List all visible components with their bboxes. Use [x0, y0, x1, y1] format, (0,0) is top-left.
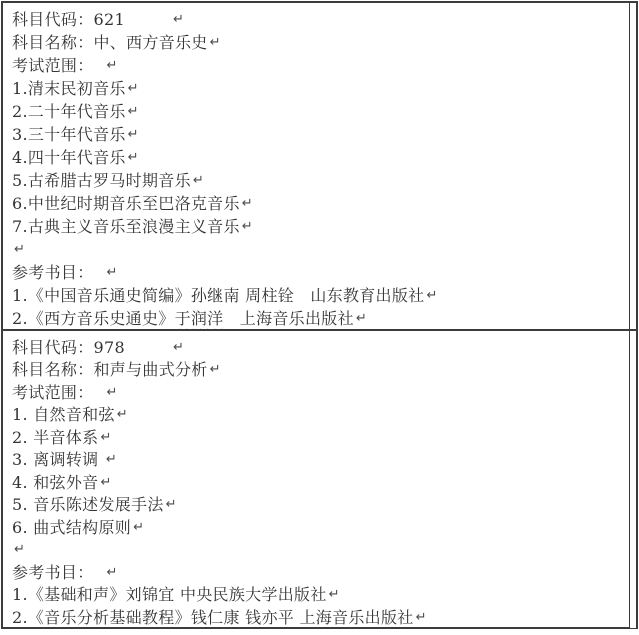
line-text: 1. 自然音和弦 — [12, 402, 115, 425]
line-text: 1.《基础和声》刘锦宜 中央民族大学出版社 — [12, 582, 327, 605]
line-text: 5.古希腊古罗马时期音乐 — [12, 168, 191, 191]
document-page: 科目代码：621↵科目名称：中、西方音乐史↵考试范围：↵1.清末民初音乐↵2.二… — [0, 0, 639, 635]
line-text: 3. 离调转调 — [12, 447, 104, 470]
text-line: 3.三十年代音乐↵ — [12, 122, 629, 145]
line-text: 科目代码：621 — [12, 7, 125, 30]
line-text: 2.《音乐分析基础教程》 — [12, 605, 191, 628]
text-line: 5. 音乐陈述发展手法↵ — [12, 493, 629, 516]
line-break-mark-icon: ↵ — [242, 219, 253, 234]
line-text: 钱亦平 上海音乐出版社 — [240, 605, 414, 628]
text-line: 考试范围：↵ — [12, 380, 629, 403]
line-text: 4.四十年代音乐 — [12, 145, 126, 168]
text-line: 参考书目：↵ — [12, 260, 629, 283]
table-row-subject-621: 科目代码：621↵科目名称：中、西方音乐史↵考试范围：↵1.清末民初音乐↵2.二… — [3, 3, 636, 331]
text-line: 科目代码：621↵ — [12, 7, 629, 30]
spellcheck-flagged-text: 钱仁康 — [191, 605, 240, 628]
text-line: 4.四十年代音乐↵ — [12, 145, 629, 168]
line-text: 2. 半音体系 — [12, 425, 98, 448]
table-edge-column — [630, 331, 636, 628]
line-break-mark-icon: ↵ — [329, 587, 340, 602]
line-text: 考试范围： — [12, 380, 94, 403]
text-line: 5.古希腊古罗马时期音乐↵ — [12, 168, 629, 191]
text-line: 1. 自然音和弦↵ — [12, 403, 629, 426]
line-break-mark-icon: ↵ — [14, 242, 25, 257]
line-text: 参考书目： — [12, 560, 94, 583]
line-break-mark-icon: ↵ — [107, 385, 118, 400]
text-line: 4. 和弦外音↵ — [12, 470, 629, 493]
table-edge-column — [630, 3, 636, 329]
line-text: 1.清末民初音乐 — [12, 76, 126, 99]
table-row-subject-978: 科目代码：978↵科目名称：和声与曲式分析↵考试范围：↵1. 自然音和弦↵2. … — [3, 331, 636, 628]
text-line: 2.《西方音乐史通史》于润洋 上海音乐出版社↵ — [12, 306, 629, 329]
line-text: 考试范围： — [12, 53, 94, 76]
line-break-mark-icon: ↵ — [426, 288, 437, 303]
text-line: ↵ — [12, 538, 629, 561]
line-break-mark-icon: ↵ — [100, 475, 111, 490]
text-line: 科目名称：中、西方音乐史↵ — [12, 30, 629, 53]
line-break-mark-icon: ↵ — [100, 430, 111, 445]
subject-cell-621: 科目代码：621↵科目名称：中、西方音乐史↵考试范围：↵1.清末民初音乐↵2.二… — [3, 3, 630, 329]
line-text: 参考书目： — [12, 260, 94, 283]
line-break-mark-icon: ↵ — [193, 173, 204, 188]
line-text: 3.三十年代音乐 — [12, 122, 126, 145]
line-text: 2.二十年代音乐 — [12, 99, 126, 122]
line-break-mark-icon: ↵ — [106, 452, 117, 467]
line-break-mark-icon: ↵ — [107, 565, 118, 580]
subject-table: 科目代码：621↵科目名称：中、西方音乐史↵考试范围：↵1.清末民初音乐↵2.二… — [1, 1, 638, 629]
line-text: 科目名称：和声与曲式分析 — [12, 357, 208, 380]
text-line: 2.二十年代音乐↵ — [12, 99, 629, 122]
line-text: 6.中世纪时期音乐至巴洛克音乐 — [12, 191, 240, 214]
line-text: 2.《西方音乐史通史》 — [12, 306, 175, 329]
text-line: 科目名称：和声与曲式分析↵ — [12, 358, 629, 381]
line-text: 上海音乐出版社 — [223, 306, 353, 329]
text-line: 1.《基础和声》刘锦宜 中央民族大学出版社↵ — [12, 583, 629, 606]
line-break-mark-icon: ↵ — [128, 81, 139, 96]
text-line: 参考书目：↵ — [12, 560, 629, 583]
text-line: 2. 半音体系↵ — [12, 425, 629, 448]
line-text: 1.《中国音乐通史简编》孙继南 周柱铨 山东教育出版社 — [12, 283, 424, 306]
text-line: 1.《中国音乐通史简编》孙继南 周柱铨 山东教育出版社↵ — [12, 283, 629, 306]
line-break-mark-icon: ↵ — [107, 265, 118, 280]
line-text: 7.古典主义音乐至浪漫主义音乐 — [12, 214, 240, 237]
line-break-mark-icon: ↵ — [210, 362, 221, 377]
text-line: 考试范围：↵ — [12, 53, 629, 76]
line-break-mark-icon: ↵ — [242, 196, 253, 211]
line-text: 5. 音乐陈述发展手法 — [12, 492, 164, 515]
spellcheck-flagged-text: 于润洋 — [175, 306, 224, 329]
text-line: ↵ — [12, 237, 629, 260]
line-break-mark-icon: ↵ — [173, 12, 184, 27]
line-break-mark-icon: ↵ — [14, 542, 25, 557]
line-break-mark-icon: ↵ — [210, 35, 221, 50]
text-line: 1.清末民初音乐↵ — [12, 76, 629, 99]
line-break-mark-icon: ↵ — [416, 610, 427, 625]
line-break-mark-icon: ↵ — [128, 150, 139, 165]
line-text: 科目代码：978 — [12, 335, 125, 358]
text-line: 3. 离调转调 ↵ — [12, 448, 629, 471]
text-line: 2.《音乐分析基础教程》钱仁康 钱亦平 上海音乐出版社↵ — [12, 605, 629, 628]
line-text: 科目名称：中、西方音乐史 — [12, 30, 208, 53]
text-line: 6.中世纪时期音乐至巴洛克音乐↵ — [12, 191, 629, 214]
line-break-mark-icon: ↵ — [173, 340, 184, 355]
line-break-mark-icon: ↵ — [128, 104, 139, 119]
text-line: 6. 曲式结构原则↵ — [12, 515, 629, 538]
line-break-mark-icon: ↵ — [133, 520, 144, 535]
subject-cell-978: 科目代码：978↵科目名称：和声与曲式分析↵考试范围：↵1. 自然音和弦↵2. … — [3, 331, 630, 628]
text-line: 7.古典主义音乐至浪漫主义音乐↵ — [12, 214, 629, 237]
line-text: 4. 和弦外音 — [12, 470, 98, 493]
line-break-mark-icon: ↵ — [107, 58, 118, 73]
text-line: 科目代码：978↵ — [12, 335, 629, 358]
line-text: 6. 曲式结构原则 — [12, 515, 131, 538]
line-break-mark-icon: ↵ — [356, 311, 367, 326]
line-break-mark-icon: ↵ — [128, 127, 139, 142]
line-break-mark-icon: ↵ — [166, 497, 177, 512]
line-break-mark-icon: ↵ — [117, 407, 128, 422]
